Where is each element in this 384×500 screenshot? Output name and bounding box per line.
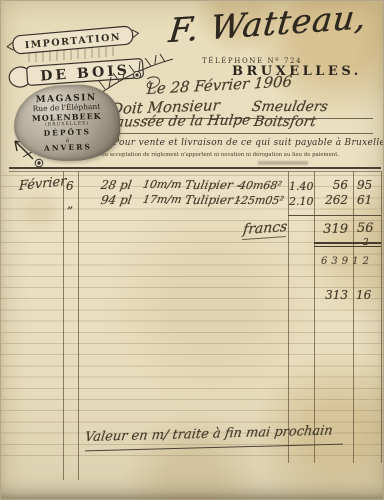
total-label: francs — [242, 219, 288, 240]
row-species: Tulipier - — [184, 178, 242, 192]
row-day: 6 — [66, 179, 74, 193]
table-top-rule-2 — [9, 171, 381, 172]
row-price: 1.40 — [289, 180, 314, 193]
crest-shield: MAGASIN Rue de l'Éléphant MOLENBEEK (BRU… — [13, 83, 122, 163]
de-bois-ribbon: DE BOIS — [9, 58, 144, 87]
col-line-right — [381, 171, 382, 463]
discount-amount: 63912 — [321, 256, 373, 267]
col-line-date — [63, 171, 64, 480]
total-rule-a — [314, 242, 381, 244]
client-city: Boitsfort — [253, 114, 318, 130]
row-thickness: 17m/m — [142, 193, 183, 206]
row-amount-c: 61 — [357, 193, 372, 207]
total-cents: 56 — [357, 221, 374, 236]
row-qty: 94 pl — [100, 193, 133, 207]
invoice-paper: IMPORTATION DE BOIS MAGASIN Rue de l'Élé… — [0, 0, 384, 500]
row-amount-fr: 262 — [314, 193, 348, 207]
discount-pct-note: 2 — [363, 238, 369, 248]
company-name: F. Watteau, — [167, 0, 369, 50]
col-line-day — [78, 171, 79, 480]
table-top-rule — [9, 167, 381, 169]
row-thickness: 10m/m — [142, 178, 183, 191]
net-cents: 16 — [356, 288, 371, 302]
total-francs: 319 — [314, 222, 348, 237]
importation-ribbon: IMPORTATION — [6, 25, 139, 54]
net-francs: 313 — [314, 288, 348, 302]
subtotal-rule — [288, 215, 381, 216]
row-amount-fr: 56 — [314, 178, 348, 192]
printer-mark — [258, 161, 308, 165]
row-day: „ — [67, 197, 73, 211]
crest-anvers: ANVERS — [44, 143, 92, 153]
row-measure: 125m05² — [233, 194, 285, 207]
total-rule-b — [314, 246, 381, 247]
row-amount-c: 95 — [357, 178, 372, 192]
row-measure: 40m68² — [238, 179, 283, 192]
row-price: 2.10 — [289, 195, 314, 208]
client-name: Smeulders — [251, 99, 330, 115]
ruled-lines — [1, 175, 384, 464]
row-qty: 28 pl — [100, 178, 133, 192]
